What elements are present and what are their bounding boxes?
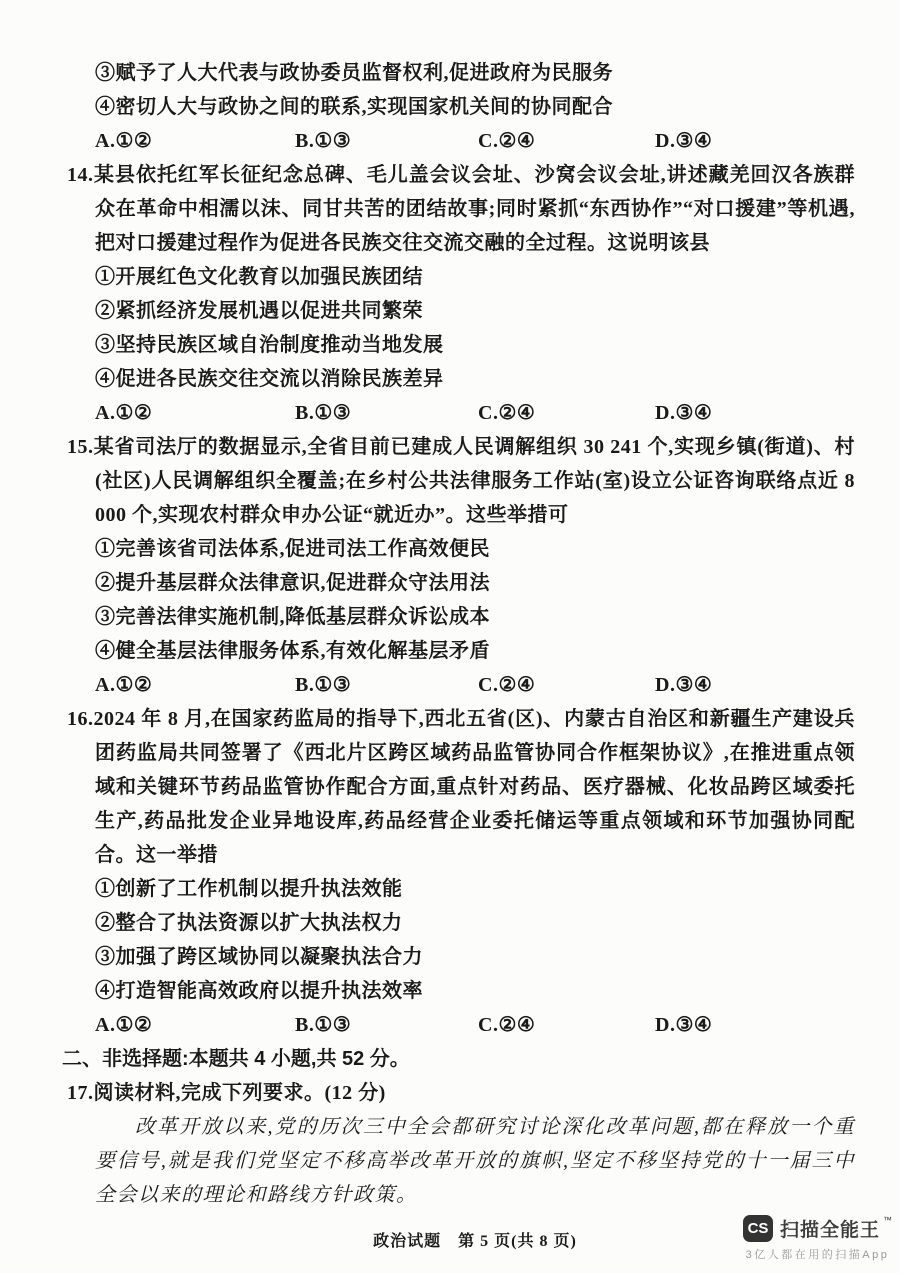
q16-statement-3: ③加强了跨区域协同以凝聚执法合力 xyxy=(95,940,855,974)
question-15: 15.某省司法厅的数据显示,全省目前已建成人民调解组织 30 241 个,实现乡… xyxy=(95,430,855,702)
q15-statement-3: ③完善法律实施机制,降低基层群众诉讼成本 xyxy=(95,600,855,634)
q16-statement-4: ④打造智能高效政府以提升执法效率 xyxy=(95,974,855,1008)
choice-b: B.①③ xyxy=(295,668,478,702)
q15-statement-2: ②提升基层群众法律意识,促进群众守法用法 xyxy=(95,566,855,600)
q14-statement-4: ④促进各民族交往交流以消除民族差异 xyxy=(95,362,855,396)
choice-d: D.③④ xyxy=(655,396,855,430)
exam-page: ③赋予了人大代表与政协委员监督权利,促进政府为民服务 ④密切人大与政协之间的联系… xyxy=(0,0,900,1273)
camscanner-watermark: CS 扫描全能王 ™ 3亿人都在用的扫描App xyxy=(743,1215,892,1262)
q15-statement-1: ①完善该省司法体系,促进司法工作高效便民 xyxy=(95,532,855,566)
choice-d: D.③④ xyxy=(655,124,855,158)
choice-b: B.①③ xyxy=(295,124,478,158)
choice-b: B.①③ xyxy=(295,1008,478,1042)
question-stem: 15.某省司法厅的数据显示,全省目前已建成人民调解组织 30 241 个,实现乡… xyxy=(95,430,855,532)
q14-statement-3: ③坚持民族区域自治制度推动当地发展 xyxy=(95,328,855,362)
page-footer: 政治试题 第 5 页(共 8 页) xyxy=(95,1228,855,1251)
section-2-header: 二、非选择题:本题共 4 小题,共 52 分。 xyxy=(95,1042,855,1076)
q15-answer-choices: A.①② B.①③ C.②④ D.③④ xyxy=(95,668,855,702)
choice-a: A.①② xyxy=(95,124,295,158)
q15-statement-4: ④健全基层法律服务体系,有效化解基层矛盾 xyxy=(95,634,855,668)
question-stem: 14.某县依托红军长征纪念总碑、毛儿盖会议会址、沙窝会议会址,讲述藏羌回汉各族群… xyxy=(95,158,855,260)
question-16: 16.2024 年 8 月,在国家药监局的指导下,西北五省(区)、内蒙古自治区和… xyxy=(95,702,855,1042)
q13-answer-choices: A.①② B.①③ C.②④ D.③④ xyxy=(95,124,855,158)
choice-a: A.①② xyxy=(95,668,295,702)
choice-c: C.②④ xyxy=(478,1008,655,1042)
q14-answer-choices: A.①② B.①③ C.②④ D.③④ xyxy=(95,396,855,430)
choice-a: A.①② xyxy=(95,396,295,430)
question-stem-text: 某省司法厅的数据显示,全省目前已建成人民调解组织 30 241 个,实现乡镇(街… xyxy=(94,436,856,526)
q16-answer-choices: A.①② B.①③ C.②④ D.③④ xyxy=(95,1008,855,1042)
q13-statement-3: ③赋予了人大代表与政协委员监督权利,促进政府为民服务 xyxy=(95,56,855,90)
question-prompt: 17.阅读材料,完成下列要求。(12 分) xyxy=(95,1076,855,1110)
question-stem-text: 2024 年 8 月,在国家药监局的指导下,西北五省(区)、内蒙古自治区和新疆生… xyxy=(94,708,856,866)
choice-d: D.③④ xyxy=(655,1008,855,1042)
question-number: 17. xyxy=(67,1082,94,1104)
question-stem-text: 某县依托红军长征纪念总碑、毛儿盖会议会址、沙窝会议会址,讲述藏羌回汉各族群众在革… xyxy=(94,164,856,254)
q13-statement-4: ④密切人大与政协之间的联系,实现国家机关间的协同配合 xyxy=(95,90,855,124)
choice-a: A.①② xyxy=(95,1008,295,1042)
question-number: 14. xyxy=(67,164,94,186)
camscanner-app-name: 扫描全能王 xyxy=(780,1215,880,1242)
question-17: 17.阅读材料,完成下列要求。(12 分) 改革开放以来,党的历次三中全会都研究… xyxy=(95,1076,855,1212)
question-prompt-text: 阅读材料,完成下列要求。(12 分) xyxy=(94,1082,386,1104)
camscanner-watermark-row: CS 扫描全能王 ™ xyxy=(743,1215,892,1242)
question-number: 15. xyxy=(67,436,94,458)
camscanner-tagline: 3亿人都在用的扫描App xyxy=(743,1246,892,1262)
q16-statement-2: ②整合了执法资源以扩大执法权力 xyxy=(95,906,855,940)
choice-c: C.②④ xyxy=(478,668,655,702)
trademark-symbol: ™ xyxy=(883,1215,892,1225)
q14-statement-1: ①开展红色文化教育以加强民族团结 xyxy=(95,260,855,294)
q16-statement-1: ①创新了工作机制以提升执法效能 xyxy=(95,872,855,906)
choice-c: C.②④ xyxy=(478,396,655,430)
camscanner-logo-icon: CS xyxy=(743,1215,773,1242)
question-14: 14.某县依托红军长征纪念总碑、毛儿盖会议会址、沙窝会议会址,讲述藏羌回汉各族群… xyxy=(95,158,855,430)
question-stem: 16.2024 年 8 月,在国家药监局的指导下,西北五省(区)、内蒙古自治区和… xyxy=(95,702,855,872)
choice-d: D.③④ xyxy=(655,668,855,702)
question-number: 16. xyxy=(67,708,94,730)
choice-c: C.②④ xyxy=(478,124,655,158)
q14-statement-2: ②紧抓经济发展机遇以促进共同繁荣 xyxy=(95,294,855,328)
q17-material-paragraph: 改革开放以来,党的历次三中全会都研究讨论深化改革问题,都在释放一个重要信号,就是… xyxy=(95,1110,855,1212)
choice-b: B.①③ xyxy=(295,396,478,430)
